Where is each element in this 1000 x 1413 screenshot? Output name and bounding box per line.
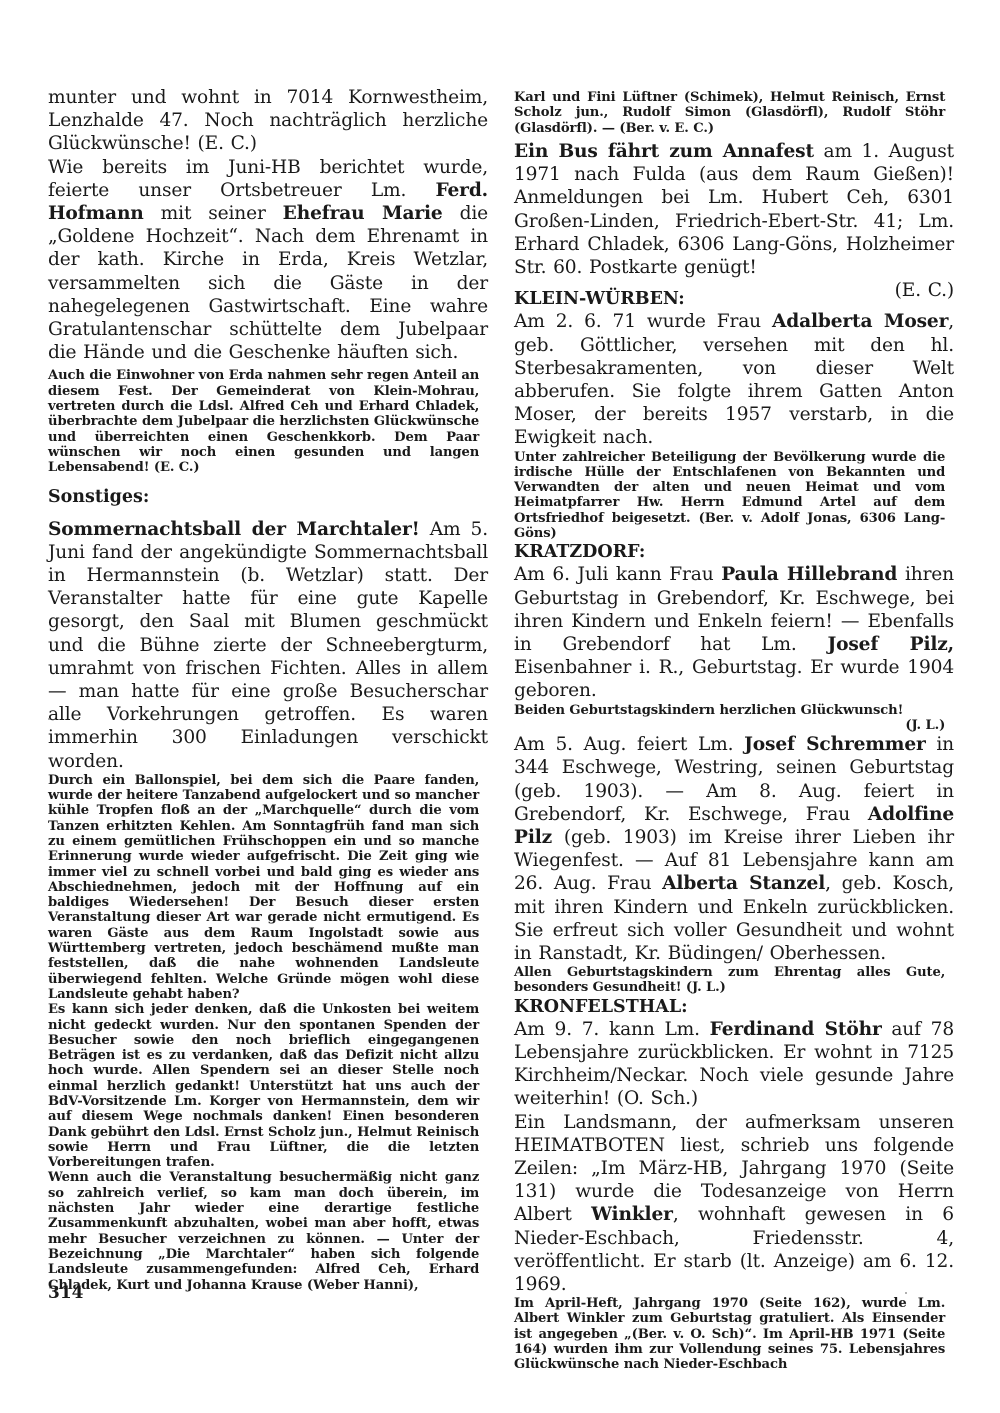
right-column: Karl und Fini Lüftner (Schimek), Helmut … [514,90,954,1373]
article-paragraph: munter und wohnt in 7014 Kornwestheim, L… [48,86,488,156]
bold-name: Josef Pilz, [827,634,954,655]
small-print-paragraph: Karl und Fini Lüftner (Schimek), Helmut … [514,90,945,136]
obituary-paragraph: Am 2. 6. 71 wurde Frau Adalberta Moser, … [514,310,954,449]
bold-name: Winkler [591,1204,673,1225]
golden-wedding-paragraph: Wie bereits im Juni-HB berichtet wurde, … [48,156,488,365]
small-print-paragraph: Wenn auch die Veranstaltung besuchermäßi… [48,1170,479,1292]
birthday-paragraph: Am 5. Aug. feiert Lm. Josef Schremmer in… [514,733,954,965]
text-span: Am 5. Aug. feiert Lm. [514,734,744,755]
print-speck [905,1292,907,1294]
birthday-paragraph: Am 6. Juli kann Frau Paula Hillebrand ih… [514,563,954,702]
birthday-paragraph: Am 9. 7. kann Lm. Ferdinand Stöhr auf 78… [514,1018,954,1111]
page-number: 314 [48,1283,84,1303]
sommernachtsball-paragraph: Sommernachtsball der Marchtaler! Am 5. J… [48,518,488,773]
small-print-paragraph: Auch die Einwohner von Erda nahmen sehr … [48,368,479,475]
small-print-paragraph: Beiden Geburtstagskindern herzlichen Glü… [514,703,945,718]
left-column: munter und wohnt in 7014 Kornwestheim, L… [48,86,488,1293]
bold-title: Ein Bus fährt zum Annafest [514,141,814,162]
author-signature: (J. L.) [514,718,945,733]
text-span: mit seiner [144,203,283,224]
text-span: Am 6. Juli kann Frau [514,564,721,585]
section-heading-kratzdorf: KRATZDORF: [514,541,954,563]
text-span: die „Goldene Hochzeit“. Nach dem Ehrenam… [48,203,488,363]
bold-name: Ferdinand Stöhr [710,1019,882,1040]
text-span: Eisenbahner i. R., Geburtstag. Er wurde … [514,657,954,701]
small-print-paragraph: Durch ein Ballonspiel, bei dem sich die … [48,773,479,1002]
bus-annafest-paragraph: Ein Bus fährt zum Annafest am 1. August … [514,140,954,279]
reader-letter-paragraph: Ein Landsmann, der aufmerksam unseren HE… [514,1111,954,1297]
small-print-paragraph: Unter zahlreicher Beteiligung der Bevölk… [514,450,945,542]
bold-name: Adalberta Moser [772,311,948,332]
small-print-paragraph: Allen Geburtstagskindern zum Ehrentag al… [514,965,945,996]
section-heading-klein-wuerben: KLEIN-WÜRBEN: [514,288,954,310]
bold-name: Ehefrau Marie [283,203,443,224]
text-span: Am 2. 6. 71 wurde Frau [514,311,772,332]
print-speck [48,718,50,720]
small-print-paragraph: Im April-Heft, Jahrgang 1970 (Seite 162)… [514,1296,945,1372]
bold-name: Paula Hillebrand [721,564,897,585]
newspaper-page: munter und wohnt in 7014 Kornwestheim, L… [0,0,1000,1413]
bold-name: Alberta Stanzel [662,873,825,894]
section-heading-kronfelsthal: KRONFELSTHAL: [514,996,954,1018]
text-span: Am 5. Juni fand der angekündigte Sommern… [48,519,488,772]
bold-name: Josef Schremmer [744,734,926,755]
small-print-paragraph: Es kann sich jeder denken, daß die Unkos… [48,1002,479,1170]
bold-title: Sommernachtsball der Marchtaler! [48,519,420,540]
text-span: Wie bereits im Juni-HB berichtet wurde, … [48,157,488,201]
text-span: Am 9. 7. kann Lm. [514,1019,710,1040]
section-heading-sonstiges: Sonstiges: [48,486,488,508]
